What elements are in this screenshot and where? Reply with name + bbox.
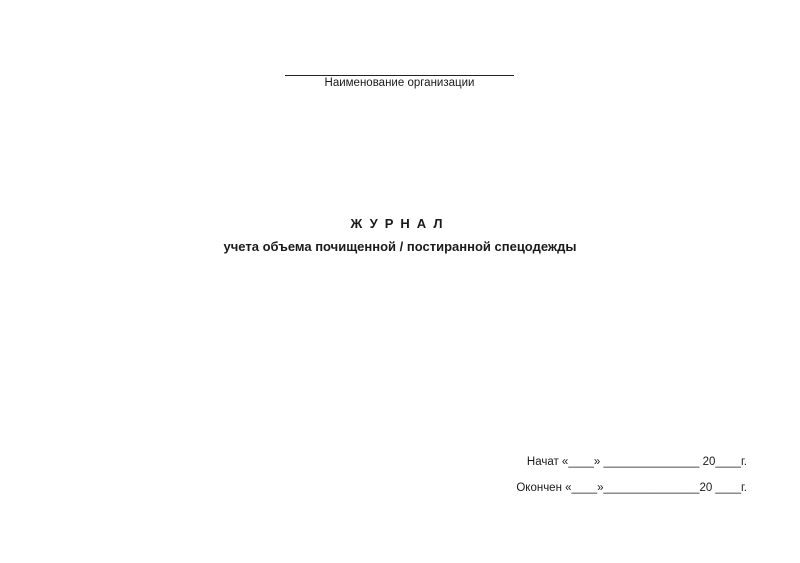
- document-subtitle: учета объема почищенной / постиранной сп…: [0, 239, 800, 254]
- organization-name-label: Наименование организации: [285, 77, 514, 89]
- start-date-line: Начат «____» _______________ 20____г.: [516, 455, 747, 481]
- document-title: ЖУРНАЛ: [0, 216, 800, 231]
- organization-name-line: [285, 75, 514, 76]
- date-block: Начат «____» _______________ 20____г. Ок…: [516, 455, 747, 507]
- end-date-line: Окончен «____»_______________20 ____г.: [516, 481, 747, 507]
